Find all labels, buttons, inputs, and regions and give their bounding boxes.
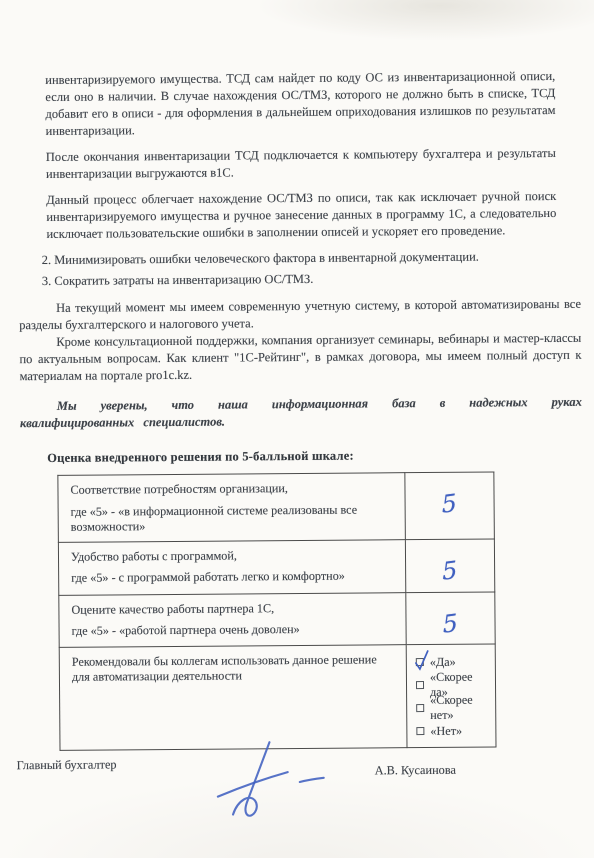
- paragraph-upload: После окончания инвентаризации ТСД подкл…: [46, 145, 556, 183]
- paragraph-support: Кроме консультационной поддержки, компан…: [19, 330, 581, 385]
- handwritten-score: 5: [442, 555, 459, 585]
- option-label: «Да»: [430, 654, 456, 669]
- row-title: Удобство работы с программой,: [71, 547, 393, 565]
- row-title: Соответствие потребностям организации,: [70, 480, 392, 498]
- table-row-recommend: Рекомендовали бы коллегам использовать д…: [59, 643, 496, 749]
- row-subtitle: где «5» - «работой партнера очень доволе…: [72, 621, 394, 639]
- paragraph-confidence: Мы уверены, что наша информационная база…: [20, 394, 582, 432]
- paragraph-process: Данный процесс облегчает нахождение ОС/Т…: [46, 188, 556, 243]
- row-subtitle: где «5» - с программой работать легко и …: [71, 568, 393, 586]
- table-row-partner-quality: Оцените качество работы партнера 1С, где…: [59, 591, 495, 646]
- table-row-fit: Соответствие потребностям организации, г…: [58, 472, 495, 542]
- signature-scribble-icon: [207, 738, 348, 829]
- body-text-upper: инвентаризируемого имущества. ТСД сам на…: [45, 68, 557, 294]
- rating-heading: Оценка внедренного решения по 5-балльной…: [47, 447, 547, 466]
- rating-section: Оценка внедренного решения по 5-балльной…: [47, 447, 549, 750]
- option-label: «Скорее нет»: [430, 692, 491, 722]
- handwritten-score: 5: [442, 608, 459, 638]
- signature-section: Главный бухгалтер А.В. Кусаинова: [2, 736, 594, 851]
- row-title: Оцените качество работы партнера 1С,: [71, 600, 393, 618]
- list-item-2: 2. Минимизировать ошибки человеческого ф…: [42, 248, 557, 269]
- body-text-lower: На текущий момент мы имеем современную у…: [19, 296, 582, 432]
- rating-table: Соответствие потребностям организации, г…: [57, 471, 496, 750]
- option-rather-no: «Скорее нет»: [416, 696, 491, 720]
- list-item-3: 3. Сократить затраты на инвентаризацию О…: [42, 269, 557, 290]
- checkbox-rather-yes: [416, 681, 424, 689]
- signer-name: А.В. Кусаинова: [375, 763, 456, 779]
- paragraph-current: На текущий момент мы имеем современную у…: [19, 296, 581, 334]
- table-row-usability: Удобство работы с программой, где «5» - …: [58, 538, 494, 594]
- paragraph-inventory: инвентаризируемого имущества. ТСД сам на…: [45, 68, 556, 140]
- scanned-page: инвентаризируемого имущества. ТСД сам на…: [0, 0, 594, 858]
- checkbox-rather-no: [416, 704, 424, 712]
- handwritten-score: 5: [441, 489, 458, 519]
- row-title: Рекомендовали бы коллегам использовать д…: [72, 652, 394, 686]
- row-subtitle: где «5» - «в информационной системе реал…: [71, 502, 393, 536]
- checkbox-yes: [416, 658, 424, 666]
- checkbox-no: [416, 727, 424, 735]
- page-content: инвентаризируемого имущества. ТСД сам на…: [0, 0, 594, 858]
- check-mark-icon: [414, 650, 431, 671]
- signer-role: Главный бухгалтер: [17, 757, 117, 773]
